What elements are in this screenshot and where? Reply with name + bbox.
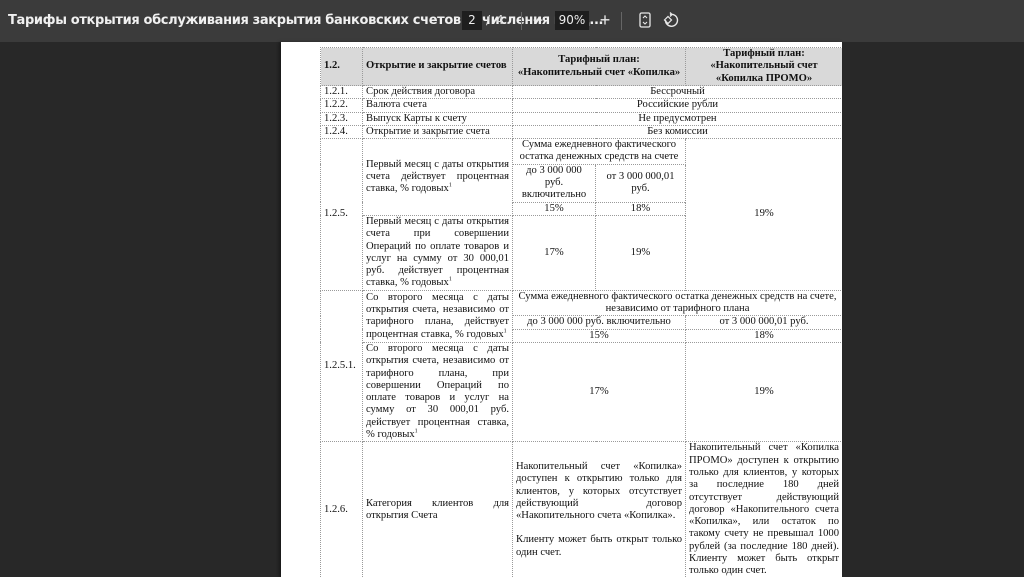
row-number: 1.2.5.1.	[321, 290, 363, 442]
row-number: 1.2.5.	[321, 139, 363, 291]
plan2-eligibility: Накопительный счет «Копилка ПРОМО» досту…	[686, 442, 842, 577]
section-title: Открытие и закрытие счетов	[363, 48, 513, 86]
tariff-table: 1.2. Открытие и закрытие счетов Тарифный…	[320, 47, 842, 577]
range-low: до 3 000 000 руб. включительно	[513, 164, 596, 202]
plan1-header: Тарифный план: «Накопительный счет «Копи…	[513, 48, 686, 86]
promo-rate: 19%	[686, 139, 842, 291]
balance-header: Сумма ежедневного фактического остатка д…	[513, 139, 686, 165]
rate-value: 19%	[686, 342, 842, 441]
table-row: 1.2.3. Выпуск Карты к счету Не предусмот…	[321, 112, 843, 125]
section-number: 1.2.	[321, 48, 363, 86]
row-number: 1.2.2.	[321, 99, 363, 112]
toolbar-divider	[621, 12, 622, 30]
plan1-eligibility-note: Клиенту может быть открыт только один сч…	[516, 534, 682, 559]
pdf-page: 1.2. Открытие и закрытие счетов Тарифный…	[281, 42, 842, 577]
plan2-header: Тарифный план: «Накопительный счет «Копи…	[686, 48, 842, 86]
rotate-icon	[662, 11, 680, 29]
row-number: 1.2.1.	[321, 86, 363, 99]
table-row: 1.2.1. Срок действия договора Бессрочный	[321, 86, 843, 99]
table-row: 1.2.4. Открытие и закрытие счета Без ком…	[321, 125, 843, 138]
row-value: Бессрочный	[513, 86, 843, 99]
rate-value: 18%	[596, 202, 686, 215]
row-value: Российские рубли	[513, 99, 843, 112]
table-row: 1.2.2. Валюта счета Российские рубли	[321, 99, 843, 112]
fit-page-button[interactable]	[634, 9, 656, 31]
minus-icon: −	[533, 10, 544, 30]
rate-value: 17%	[513, 215, 596, 290]
row-number: 1.2.6.	[321, 442, 363, 577]
row-value: Не предусмотрен	[513, 112, 843, 125]
row-label: Срок действия договора	[363, 86, 513, 99]
zoom-level-input[interactable]: 90%	[555, 11, 589, 30]
document-title: Тарифы открытия обслуживания закрытия ба…	[8, 13, 603, 28]
page-number-input[interactable]: 2	[462, 11, 482, 30]
row-label: Со второго месяца с даты открытия счета,…	[363, 290, 513, 342]
rotate-button[interactable]	[660, 9, 682, 31]
row-number: 1.2.3.	[321, 112, 363, 125]
table-row: Со второго месяца с даты открытия счета,…	[321, 342, 843, 441]
plus-icon: +	[600, 10, 611, 30]
table-row: 1.2.6. Категория клиентов для открытия С…	[321, 442, 843, 577]
table-header-row: 1.2. Открытие и закрытие счетов Тарифный…	[321, 48, 843, 86]
plan1-eligibility-text: Накопительный счет «Копилка» доступен к …	[516, 461, 682, 522]
zoom-in-button[interactable]: +	[594, 9, 616, 31]
balance-header: Сумма ежедневного фактического остатка д…	[513, 290, 843, 316]
pdf-toolbar: Тарифы открытия обслуживания закрытия ба…	[0, 0, 1024, 42]
page-separator: /	[486, 13, 490, 27]
row-number: 1.2.4.	[321, 125, 363, 138]
rate-value: 15%	[513, 202, 596, 215]
fit-page-icon	[638, 12, 652, 28]
plan1-eligibility: Накопительный счет «Копилка» доступен к …	[513, 442, 686, 577]
row-label: Категория клиентов для открытия Счета	[363, 442, 513, 577]
row-label: Открытие и закрытие счета	[363, 125, 513, 138]
range-low: до 3 000 000 руб. включительно	[513, 316, 686, 329]
rate-value: 15%	[513, 329, 686, 342]
row-value: Без комиссии	[513, 125, 843, 138]
row-label: Валюта счета	[363, 99, 513, 112]
toolbar-divider	[521, 12, 522, 30]
row-label: Первый месяц с даты открытия счета при с…	[363, 215, 513, 290]
rate-value: 18%	[686, 329, 842, 342]
total-pages: 4	[496, 13, 504, 27]
zoom-out-button[interactable]: −	[527, 9, 549, 31]
table-row: 1.2.5.1. Со второго месяца с даты открыт…	[321, 290, 843, 316]
range-high: от 3 000 000,01 руб.	[686, 316, 842, 329]
row-label: Со второго месяца с даты открытия счета,…	[363, 342, 513, 441]
range-high: от 3 000 000,01 руб.	[596, 164, 686, 202]
row-label: Выпуск Карты к счету	[363, 112, 513, 125]
rate-value: 17%	[513, 342, 686, 441]
table-row: 1.2.5. Первый месяц с даты открытия счет…	[321, 139, 843, 165]
row-label: Первый месяц с даты открытия счета дейст…	[363, 139, 513, 216]
rate-value: 19%	[596, 215, 686, 290]
